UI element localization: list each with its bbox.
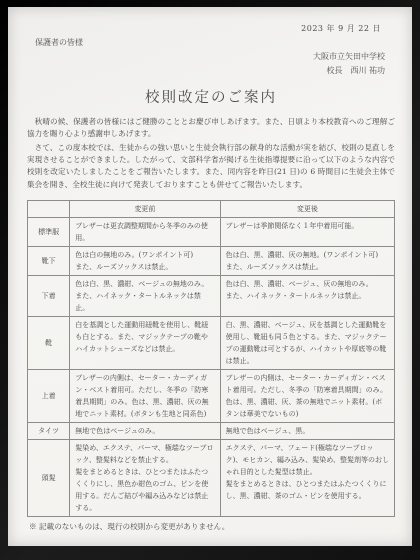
cell-before: 無地で色はベージュのみ。 [70,423,220,440]
table-row: 靴下色は白の無地のみ。(ワンポイント可) また、ルーズソックスは禁止。色は白、黒… [28,247,395,276]
cell-label: 上着 [28,370,70,423]
rules-table-body: 標準服ブレザーは更衣調整期間から冬季のみの使用。ブレザーは季節関係なく１年中着用… [28,218,395,517]
cell-label: 靴 [28,317,70,370]
document-page: 2023 年 9 月 22 日 保護者の皆様 大阪市立矢田中学校 校長 西川 祐… [8,7,412,546]
rules-table: 変更前 変更後 標準服ブレザーは更衣調整期間から冬季のみの使用。ブレザーは季節関… [27,200,395,517]
cell-after: 色は白、黒、濃紺、ベージュ、灰の無地のみ。 また、ハイネック・タートルネックは禁… [220,276,394,317]
table-header-row: 変更前 変更後 [28,201,395,218]
table-row: タイツ無地で色はベージュのみ。無地で色はベージュ、黒。 [28,423,395,440]
school-name: 大阪市立矢田中学校 [27,50,385,64]
body-paragraph: さて、この度本校では、生徒からの強い思いと生徒会執行部の献身的な活動が実を結び、… [27,142,395,192]
cell-before: 色は白の無地のみ。(ワンポイント可) また、ルーズソックスは禁止。 [70,247,220,276]
table-row: 頭髪髪染め、エクステ、パーマ、極端なツーブロック、整髪料などを禁止する。 髪をま… [28,440,395,517]
cell-before: ブレザーの内側は、セーター・カーディガン・ベスト着用可。ただし、冬季の「防寒着具… [70,370,220,423]
cell-before: ブレザーは更衣調整期間から冬季のみの使用。 [70,218,220,247]
cell-label: 標準服 [28,218,70,247]
scan-border-frame: 2023 年 9 月 22 日 保護者の皆様 大阪市立矢田中学校 校長 西川 祐… [0,0,420,560]
cell-after: エクステ、パーマ、フェード(極端なツーブロック)、モヒカン、編み込み、髪染め、整… [220,440,394,517]
principal-name: 校長 西川 祐功 [27,64,385,78]
cell-before: 色は白、黒、濃紺、ベージュの無地のみ。 また、ハイネック・タートルネックは禁止。 [70,276,220,317]
cell-after: 白、黒、濃紺、ベージュ、灰を基調とした運動靴を使用し、靴紐も同５色とする。また、… [220,317,394,370]
sender-block: 大阪市立矢田中学校 校長 西川 祐功 [27,50,395,79]
cell-after: 色は白、黒、濃紺、灰の無地。(ワンポイント可) また、ルーズソックスは禁止。 [220,247,394,276]
header-cell-after: 変更後 [220,201,394,218]
cell-after: 無地で色はベージュ、黒。 [220,423,394,440]
table-row: 靴白を基調とした運動用紐靴を使用し、靴紐も白とする。また、マジックテープの靴やハ… [28,317,395,370]
doc-title: 校則改定のご案内 [27,86,395,107]
header-cell-empty [28,201,70,218]
footnote: ※ 記載のないものは、現行の校則から変更がありません。 [29,521,395,532]
cell-after: ブレザーの内側は、セーター・カーディガン・ベスト着用可。ただし、冬季の「防寒着具… [220,370,394,423]
cell-label: 頭髪 [28,440,70,517]
greeting-paragraph: 秋晴の候、保護者の皆様にはご健勝のこととお慶び申しあげます。また、日頃より本校教… [27,116,395,141]
table-row: 上着ブレザーの内側は、セーター・カーディガン・ベスト着用可。ただし、冬季の「防寒… [28,370,395,423]
cell-before: 白を基調とした運動用紐靴を使用し、靴紐も白とする。また、マジックテープの靴やハイ… [70,317,220,370]
cell-label: 靴下 [28,247,70,276]
cell-after: ブレザーは季節関係なく１年中着用可能。 [220,218,394,247]
header-cell-before: 変更前 [70,201,220,218]
table-row: 下着色は白、黒、濃紺、ベージュの無地のみ。 また、ハイネック・タートルネックは禁… [28,276,395,317]
doc-date: 2023 年 9 月 22 日 [27,23,395,34]
table-row: 標準服ブレザーは更衣調整期間から冬季のみの使用。ブレザーは季節関係なく１年中着用… [28,218,395,247]
cell-label: タイツ [28,423,70,440]
cell-label: 下着 [28,276,70,317]
cell-before: 髪染め、エクステ、パーマ、極端なツーブロック、整髪料などを禁止する。 髪をまとめ… [70,440,220,517]
addressee: 保護者の皆様 [35,37,395,48]
